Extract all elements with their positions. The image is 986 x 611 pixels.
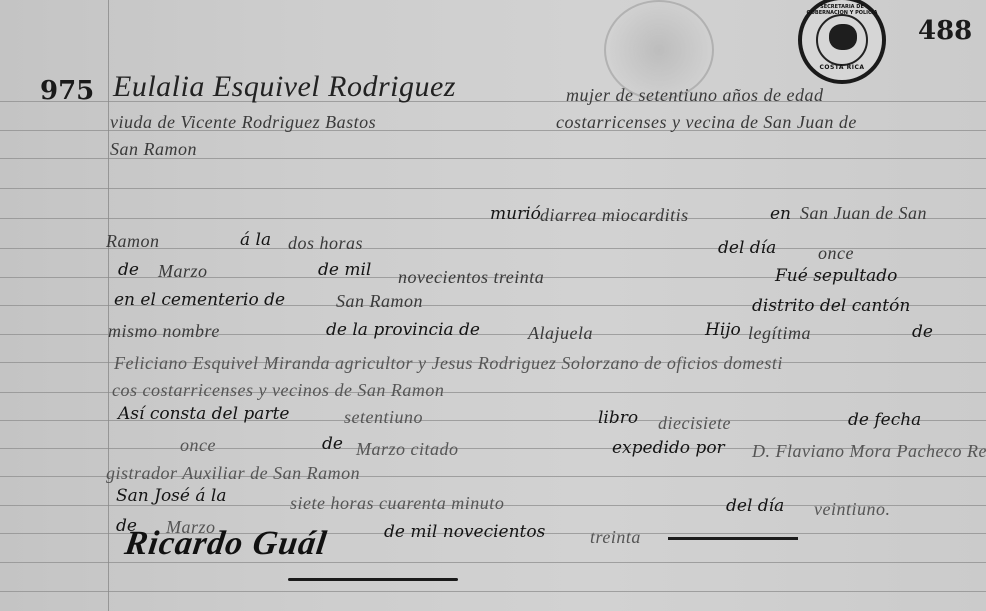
label-del-dia-2: del día xyxy=(726,498,784,515)
ruled-line xyxy=(0,591,986,592)
label-fue-sepultado: Fué sepultado xyxy=(775,268,897,285)
hour-of-death: dos horas xyxy=(288,234,363,252)
year-of-death: novecientos treinta xyxy=(398,268,544,286)
entry-number: 975 xyxy=(40,78,94,104)
label-cementerio: en el cementerio de xyxy=(114,292,285,309)
residence-town: San Ramon xyxy=(110,140,197,158)
label-de-mil: de mil xyxy=(318,262,371,279)
month-of-death: Marzo xyxy=(158,262,208,280)
deceased-description: mujer de setentiuno años de edad xyxy=(566,86,823,104)
label-asi-consta: Así consta del parte xyxy=(118,406,289,423)
registration-year: treinta xyxy=(590,528,641,546)
record-day: once xyxy=(180,436,216,454)
label-hijo: Hijo xyxy=(705,322,741,339)
place-of-death: San Juan de San xyxy=(800,204,927,222)
issuer-name: D. Flaviano Mora Pacheco Re xyxy=(752,442,986,460)
registrar-signature: Ricardo Guál xyxy=(122,525,329,563)
closing-dash xyxy=(668,537,798,540)
deceased-name: Eulalia Esquivel Rodriguez xyxy=(113,72,456,102)
issuer-title: gistrador Auxiliar de San Ramon xyxy=(106,464,360,482)
parents-info: Feliciano Esquivel Miranda agricultor y … xyxy=(114,354,783,372)
document-page: SECRETARIA DE GOBERNACION Y POLICIA COST… xyxy=(0,0,986,611)
label-murio: murió xyxy=(490,206,541,223)
label-san-jose: San José á la xyxy=(116,488,226,505)
label-a-la: á la xyxy=(240,232,271,249)
label-provincia: de la provincia de xyxy=(326,322,480,339)
official-seal: SECRETARIA DE GOBERNACION Y POLICIA COST… xyxy=(798,0,886,84)
place-of-death-cont: Ramon xyxy=(106,232,160,250)
seal-bottom-text: COSTA RICA xyxy=(802,64,882,71)
label-de-mil-novecientos: de mil novecientos xyxy=(384,524,545,541)
label-de: de xyxy=(118,262,139,279)
ruled-line xyxy=(0,188,986,189)
label-expedido-por: expedido por xyxy=(612,440,725,457)
registration-time: siete horas cuarenta minuto xyxy=(290,494,504,512)
label-en: en xyxy=(770,206,791,223)
label-de-fecha: de fecha xyxy=(848,412,921,429)
residence-info: costarricenses y vecina de San Juan de xyxy=(556,113,857,131)
cemetery-location: San Ramon xyxy=(336,292,423,310)
signature-flourish xyxy=(288,578,458,581)
day-of-death: once xyxy=(818,244,854,262)
filiation: legítima xyxy=(748,324,811,342)
margin-line xyxy=(108,0,109,611)
label-del-dia: del día xyxy=(718,240,776,257)
parents-residence: cos costarricenses y vecinos de San Ramo… xyxy=(112,381,444,399)
canton-name: mismo nombre xyxy=(108,322,220,340)
registration-day: veintiuno. xyxy=(814,500,890,518)
spouse-info: viuda de Vicente Rodriguez Bastos xyxy=(110,113,376,131)
label-de-2: de xyxy=(322,436,343,453)
label-distrito-canton: distrito del cantón xyxy=(752,298,910,315)
label-libro: libro xyxy=(598,410,638,427)
label-de-parents: de xyxy=(912,324,933,341)
page-number: 488 xyxy=(918,18,972,44)
parte-number: setentiuno xyxy=(344,408,423,426)
book-number: diecisiete xyxy=(658,414,731,432)
coat-of-arms-icon xyxy=(829,24,857,50)
province-name: Alajuela xyxy=(528,324,593,342)
cause-of-death: diarrea miocarditis xyxy=(540,206,689,224)
record-month: Marzo citado xyxy=(356,440,459,458)
